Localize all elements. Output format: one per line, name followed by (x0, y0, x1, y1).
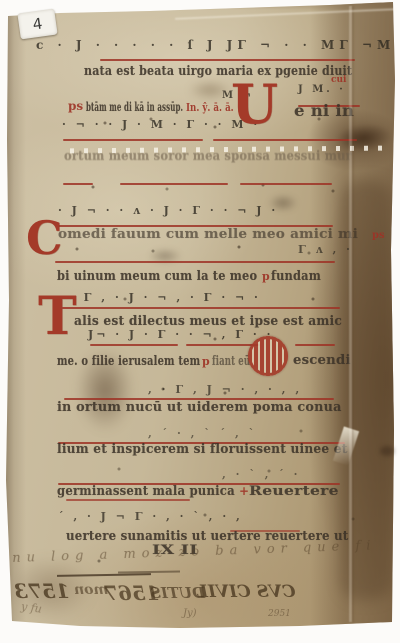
parchment: c · J · · · · · ſ J JΓ ¬ · · MΓ ¬M ΓʌM ¬… (0, 0, 400, 643)
mirrored-inscription: CVS CIVIL (196, 582, 296, 602)
chant-text-line: lium et inspicerem si floruissent uinee … (57, 442, 348, 457)
manuscript-photo: c · J · · · · · ſ J JΓ ¬ · · MΓ ¬M ΓʌM ¬… (0, 0, 400, 643)
chant-text-line: ortum meum soror mea sponsa messui mur (64, 149, 352, 164)
staff-line (63, 139, 203, 141)
staff-line (100, 59, 355, 61)
chant-text-line: omedi fauum cum melle meo amici mi (58, 227, 358, 242)
rubric-annotation: In. ŷ. ā. ā. (186, 101, 234, 114)
chant-text-line: bi uinum meum cum la te meo (57, 269, 257, 284)
cursive-scrawl: y fu (20, 600, 42, 616)
initial-u: U (231, 80, 278, 129)
staff-line (63, 183, 93, 185)
staff-line (213, 139, 357, 141)
rubric-annotation: p (202, 355, 210, 368)
neume-row: c · J · · · · · ſ J JΓ ¬ · · MΓ ¬M Γʌ (36, 38, 400, 52)
neume-row: , · Γ , J ¬ · , · , , (148, 383, 302, 396)
neume-row: , ´ · , ` ´ , ` (148, 427, 257, 440)
cursive-scrawl: Jy) (183, 608, 197, 619)
neume-row: J¬ · J · Γ · · ¬ , Γ · · (88, 328, 273, 341)
initial-c: C (26, 218, 63, 259)
red-edge-mark (0, 182, 3, 206)
staff-line (66, 499, 190, 501)
staff-line (55, 261, 335, 263)
parchment-speckles (0, 0, 2, 2)
rubric-annotation: + (239, 484, 249, 498)
rubric-annotation: ps (68, 99, 83, 113)
staff-line (240, 183, 332, 185)
neume-row: · J ¬ · · ʌ · J · Γ · · ¬ J · (58, 204, 278, 217)
shelf-number: 4 (32, 14, 44, 33)
chant-text-line: alis est dilectus meus et ipse est amic (74, 314, 342, 329)
initial-d-medallion (248, 336, 288, 376)
rubric-annotation: ps (372, 230, 385, 241)
chant-text-line: Reuertere (249, 484, 339, 499)
staff-line (62, 307, 340, 309)
chant-text-line: nata est beata uirgo maria ex pgenie diu… (84, 64, 352, 79)
chant-text-line: in ortum nucū ut uiderem poma conua (57, 400, 342, 415)
rubric-annotation: cui (331, 75, 346, 85)
staff-line (186, 344, 260, 346)
cursive-scrawl: 2951 (268, 609, 291, 619)
staff-line (295, 344, 335, 346)
neume-row: · Γ , · J · ¬ , · Γ · ¬ · (70, 291, 261, 304)
rubric-annotation: p (262, 270, 270, 283)
staff-line (120, 183, 228, 185)
chant-text-line: me. o filie ierusalem tem (57, 354, 200, 369)
neume-row: ´ , · J ¬ Γ · , · ` , · , (58, 510, 243, 523)
shelf-number-label: 4 (17, 9, 57, 40)
chant-text-line: germinassent mala punica (57, 484, 235, 499)
chant-text-line: fundam (271, 269, 321, 284)
neume-row: Γ ʌ , · (298, 243, 353, 256)
neume-row: , · ` , ´ · (222, 468, 300, 481)
neume-row: J M. · (298, 84, 346, 95)
chant-text-line: escendi (293, 353, 351, 368)
staff-line (90, 344, 178, 346)
initial-t: T (38, 294, 77, 341)
chant-text-line: fiant eū (212, 354, 250, 369)
chant-text-line: btām me di kā in assūp. (86, 100, 183, 114)
chant-text-line: e ni in (294, 101, 354, 120)
